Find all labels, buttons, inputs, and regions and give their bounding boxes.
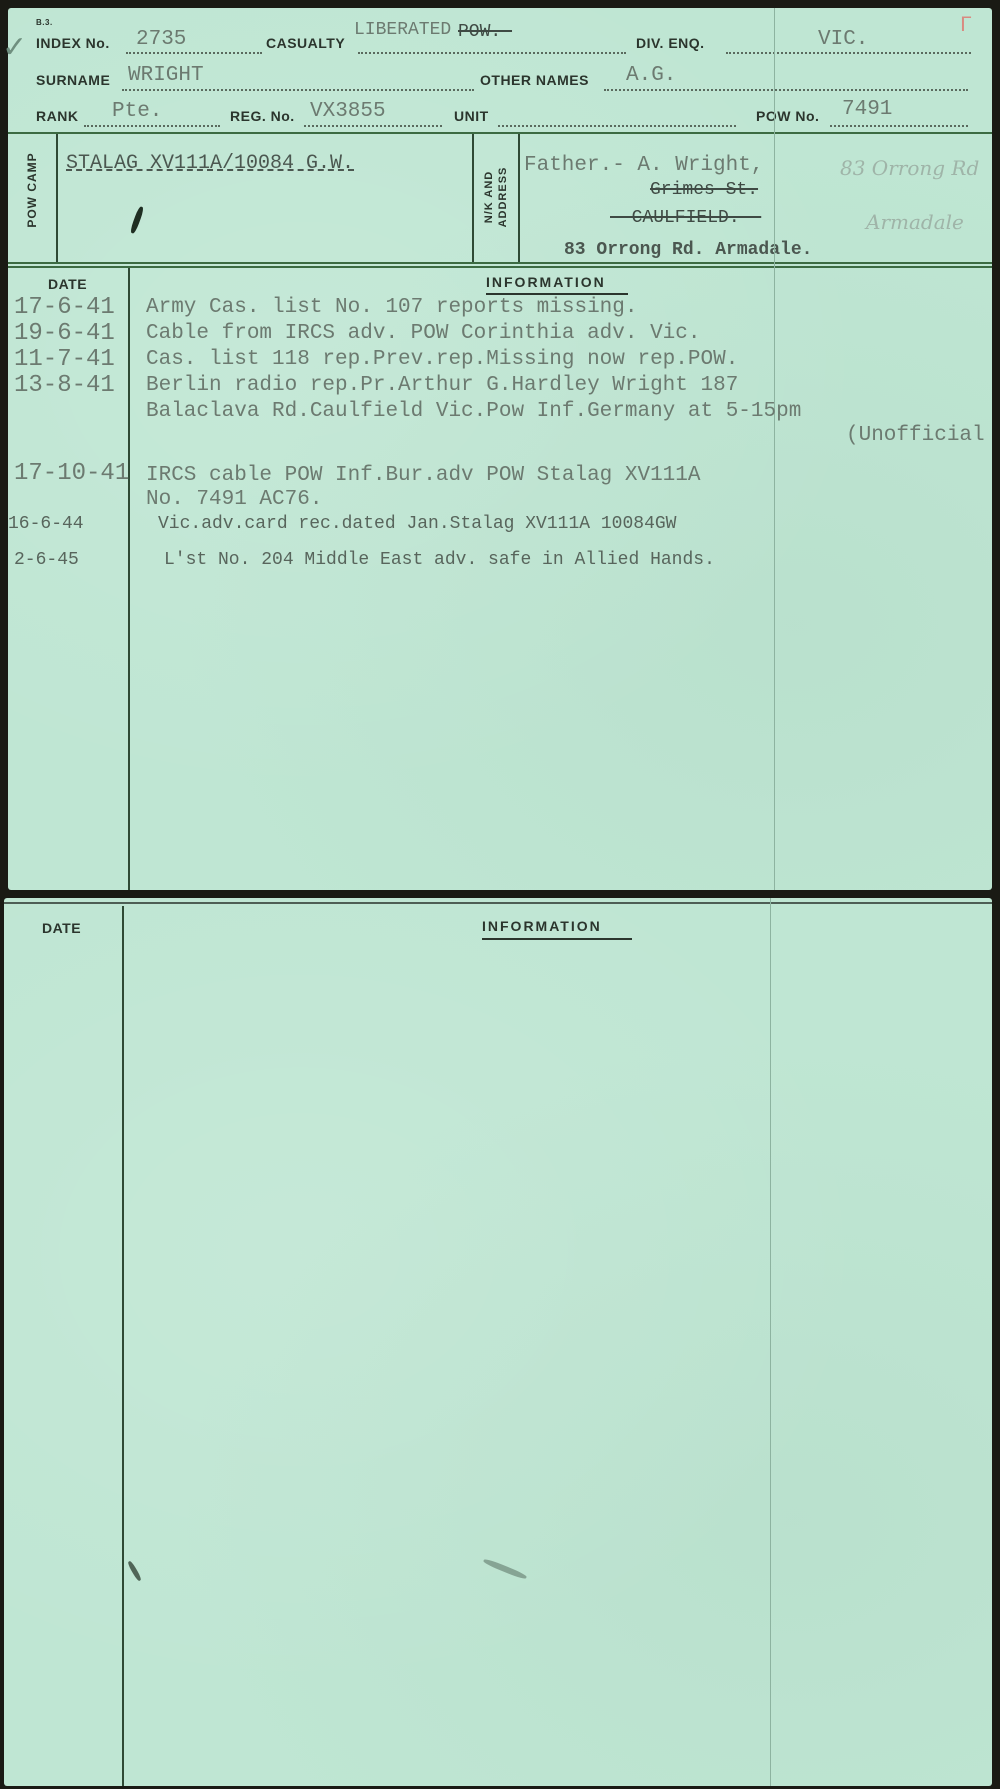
information-header-underline — [486, 293, 628, 295]
casualty-dots — [358, 52, 626, 54]
entry-date: 2-6-45 — [14, 550, 79, 570]
rank-value: Pte. — [112, 100, 162, 123]
nk-address-left-divider — [472, 134, 474, 262]
casualty-struck-value: POW.- — [458, 22, 512, 42]
information-column-header: INFORMATION — [482, 918, 602, 934]
div-enq-value: VIC. — [818, 28, 868, 51]
entry-text: Cas. list 118 rep.Prev.rep.Missing now r… — [146, 348, 738, 371]
entry-text: IRCS cable POW Inf.Bur.adv POW Stalag XV… — [146, 464, 701, 487]
section-divider-2 — [8, 266, 992, 268]
pow-camp-value: STALAG XV111A/10084 G.W. — [66, 152, 354, 175]
nk-line3-struck: --CAULFIELD.-- — [610, 208, 761, 228]
div-enq-label: DIV. ENQ. — [636, 35, 705, 51]
entry-text: Vic.adv.card rec.dated Jan.Stalag XV111A… — [158, 514, 676, 534]
red-pencil-mark: ᒥ — [960, 12, 971, 37]
entry-text: Army Cas. list No. 107 reports missing. — [146, 296, 637, 319]
date-column-header: DATE — [48, 276, 87, 292]
entry-date: 13-8-41 — [14, 372, 115, 399]
fold-line — [770, 898, 771, 1786]
entry-date: 16-6-44 — [8, 514, 84, 534]
nk-line4: 83 Orrong Rd. Armadale. — [564, 240, 812, 260]
reg-no-dots — [304, 125, 442, 127]
index-no-label: INDEX No. — [36, 35, 110, 51]
other-names-value: A.G. — [626, 64, 676, 87]
entry-text: L'st No. 204 Middle East adv. safe in Al… — [164, 550, 715, 570]
record-card-front: ᒥ ✓ B.3. INDEX No. 2735 CASUALTY LIBERAT… — [8, 8, 992, 890]
rank-dots — [84, 125, 220, 127]
surname-label: SURNAME — [36, 72, 110, 88]
surname-value: WRIGHT — [128, 64, 204, 87]
other-names-label: OTHER NAMES — [480, 72, 589, 88]
date-info-divider — [122, 906, 124, 1786]
rank-label: RANK — [36, 108, 78, 124]
entry-date: 17-10-41 — [14, 460, 129, 487]
entry-text: No. 7491 AC76. — [146, 488, 322, 511]
nk-line2-struck: Grimes St. — [650, 180, 758, 200]
reg-no-label: REG. No. — [230, 108, 295, 124]
entry-text: Berlin radio rep.Pr.Arthur G.Hardley Wri… — [146, 374, 738, 397]
ink-smudge — [127, 1560, 142, 1582]
surname-dots — [122, 89, 474, 91]
nk-address-label: N/K AND ADDRESS — [482, 149, 510, 245]
date-info-divider — [128, 268, 130, 890]
pow-no-dots — [830, 125, 968, 127]
entry-date: 19-6-41 — [14, 320, 115, 347]
information-header-underline — [482, 938, 632, 940]
header-divider — [8, 132, 992, 134]
casualty-label: CASUALTY — [266, 35, 345, 51]
date-column-header: DATE — [42, 920, 81, 936]
entry-date: 11-7-41 — [14, 346, 115, 373]
nk-pencil-note1: 83 Orrong Rd — [840, 156, 979, 180]
section-divider-1 — [8, 262, 992, 264]
pow-no-label: POW No. — [756, 108, 819, 124]
information-column-header: INFORMATION — [486, 274, 606, 290]
entry-text: Cable from IRCS adv. POW Corinthia adv. … — [146, 322, 701, 345]
top-edge-line — [4, 902, 992, 904]
entry-date: 17-6-41 — [14, 294, 115, 321]
other-names-dots — [604, 89, 968, 91]
pencil-smudge — [483, 1558, 528, 1581]
casualty-value: LIBERATED — [354, 20, 451, 40]
nk-pencil-note2: Armadale — [866, 210, 964, 234]
check-mark-icon: ✓ — [2, 30, 27, 65]
unit-dots — [498, 125, 736, 127]
ink-blot — [129, 206, 144, 234]
unit-label: UNIT — [454, 108, 489, 124]
pow-camp-label: POW CAMP — [25, 134, 39, 246]
pow-no-value: 7491 — [842, 98, 892, 121]
form-code: B.3. — [36, 18, 53, 27]
index-no-value: 2735 — [136, 28, 186, 51]
pow-camp-label-divider — [56, 134, 58, 262]
nk-address-label-line2: ADDRESS — [497, 167, 509, 228]
div-enq-dots — [726, 52, 971, 54]
entry-text: (Unofficial — [846, 424, 985, 447]
record-card-back: DATE INFORMATION — [4, 898, 992, 1786]
reg-no-value: VX3855 — [310, 100, 386, 123]
nk-address-right-divider — [518, 134, 520, 262]
entry-text: Balaclava Rd.Caulfield Vic.Pow Inf.Germa… — [146, 400, 801, 423]
fold-line — [774, 8, 775, 890]
nk-address-label-line1: N/K AND — [483, 171, 495, 223]
nk-line1: Father.- A. Wright, — [524, 154, 763, 177]
index-no-dots — [126, 52, 262, 54]
